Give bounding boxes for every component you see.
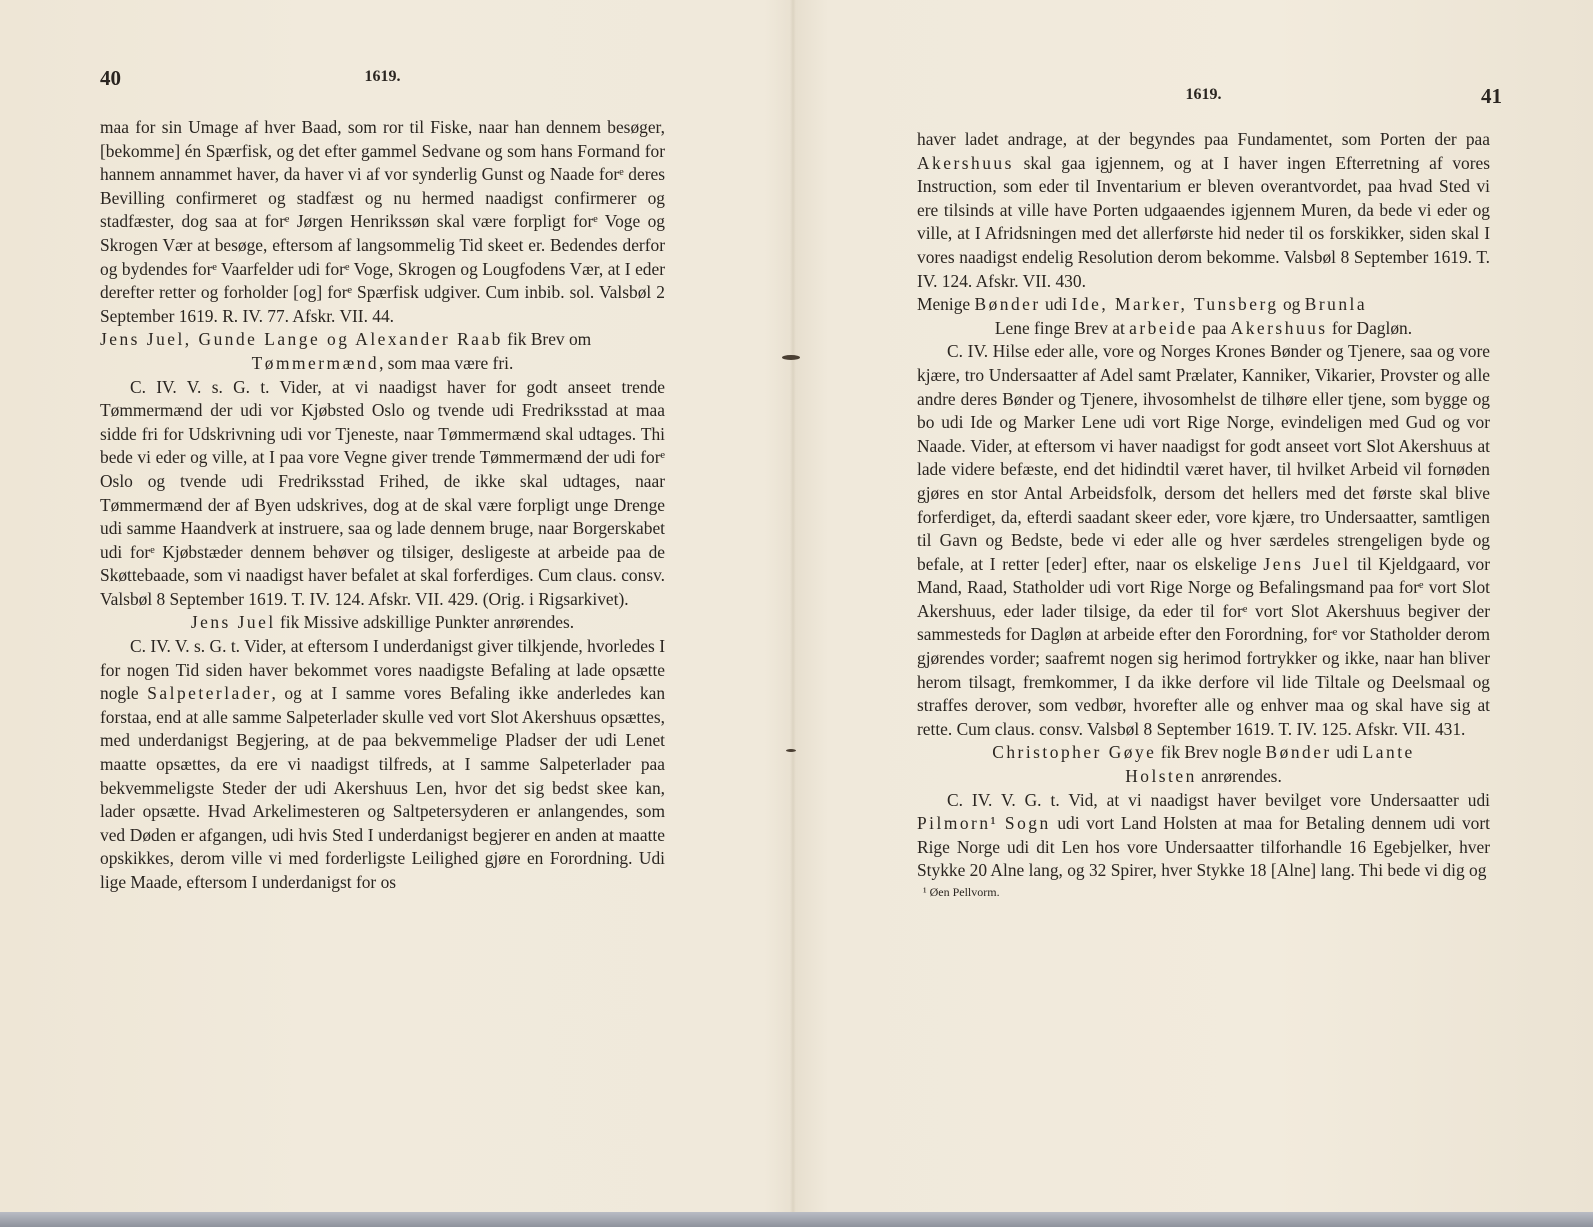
spaced-term: Akershuus [917,153,1014,173]
heading-spaced: Brunla [1305,294,1367,314]
heading-names: Jens Juel, Gunde Lange og Alexander Raab [100,329,503,349]
footnote: ¹ Øen Pellvorm. [917,883,1490,901]
heading-text: paa [1198,318,1231,338]
entry-heading: Jens Juel fik Missive adskillige Punkter… [100,611,665,635]
left-page: 40 1619. maa for sin Umage af hver Baad,… [100,0,665,40]
running-head-year: 1619. [100,68,665,86]
heading-text: Lene finge Brev at [995,318,1129,338]
heading-text: for Dagløn. [1328,318,1413,338]
paragraph-text: C. IV. V. G. t. Vid, at vi naadigst have… [947,790,1490,810]
paragraph-text: haver ladet andrage, at der begyndes paa… [917,129,1490,149]
heading-text: og [1279,294,1305,314]
heading-spaced: Bønder [974,294,1040,314]
page-number: 41 [1481,84,1502,109]
heading-spaced: Akershuus [1231,318,1328,338]
entry-heading: Jens Juel, Gunde Lange og Alexander Raab… [100,328,665,352]
heading-spaced: arbeide [1129,318,1198,338]
heading-text: fik Brev nogle [1156,742,1265,762]
paragraph-text: C. IV. Hilse eder alle, vore og Norges K… [917,341,1490,573]
entry-heading-line2: Holsten anrørendes. [917,765,1490,789]
heading-text: anrørendes. [1197,766,1282,786]
spaced-term: Jens Juel [1263,554,1350,574]
heading-spaced: Holsten [1125,766,1197,786]
heading-names: Jens Juel [191,612,276,632]
heading-text: , som maa være fri. [379,353,513,373]
paragraph: haver ladet andrage, at der begyndes paa… [917,128,1490,293]
heading-text: fik Brev om [503,329,591,349]
paragraph: C. IV. Hilse eder alle, vore og Norges K… [917,340,1490,741]
gutter-staple-mark [782,355,800,360]
entry-heading-line2: Lene finge Brev at arbeide paa Akershuus… [917,317,1490,341]
heading-spaced: Tømmermænd [252,353,379,373]
running-head: 1619. 41 [917,84,1490,124]
paragraph: C. IV. V. s. G. t. Vider, at eftersom I … [100,635,665,895]
scanner-bottom-edge [0,1212,1593,1227]
heading-spaced: Lante [1363,742,1415,762]
spaced-term: Sogn [996,813,1051,833]
heading-spaced: Ide, Marker, Tunsberg [1072,294,1279,314]
spaced-term: Salpeterlader [147,683,271,703]
page-body: maa for sin Umage af hver Baad, som ror … [100,116,665,895]
paragraph: maa for sin Umage af hver Baad, som ror … [100,116,665,328]
heading-text: Menige [917,294,974,314]
entry-heading: Christopher Gøye fik Brev nogle Bønder u… [917,741,1490,765]
heading-text: udi [1332,742,1363,762]
paragraph-text: skal gaa igjennem, og at I haver ingen E… [917,153,1490,291]
page-body: haver ladet andrage, at der begyndes paa… [917,128,1490,901]
right-page: 1619. 41 haver ladet andrage, at der beg… [917,0,1490,40]
book-gutter [790,0,796,1212]
gutter-staple-mark [786,749,796,752]
running-head: 40 1619. [100,66,665,106]
spaced-term: Pilmorn [917,813,991,833]
paragraph-text: til Kjeldgaard, vor Mand, Raad, Stathold… [917,554,1490,739]
heading-spaced: Christopher Gøye [992,742,1156,762]
entry-heading: Menige Bønder udi Ide, Marker, Tunsberg … [917,293,1490,317]
heading-spaced: Bønder [1266,742,1332,762]
heading-text: fik Missive adskillige Punkter anrørende… [276,612,575,632]
paragraph: C. IV. V. s. G. t. Vider, at vi naadigst… [100,376,665,612]
paragraph: C. IV. V. G. t. Vid, at vi naadigst have… [917,789,1490,883]
heading-text: udi [1041,294,1072,314]
paragraph-text: , og at I samme vores Befaling ikke ande… [100,683,665,892]
entry-heading-line2: Tømmermænd, som maa være fri. [100,352,665,376]
running-head-year: 1619. [917,86,1490,104]
